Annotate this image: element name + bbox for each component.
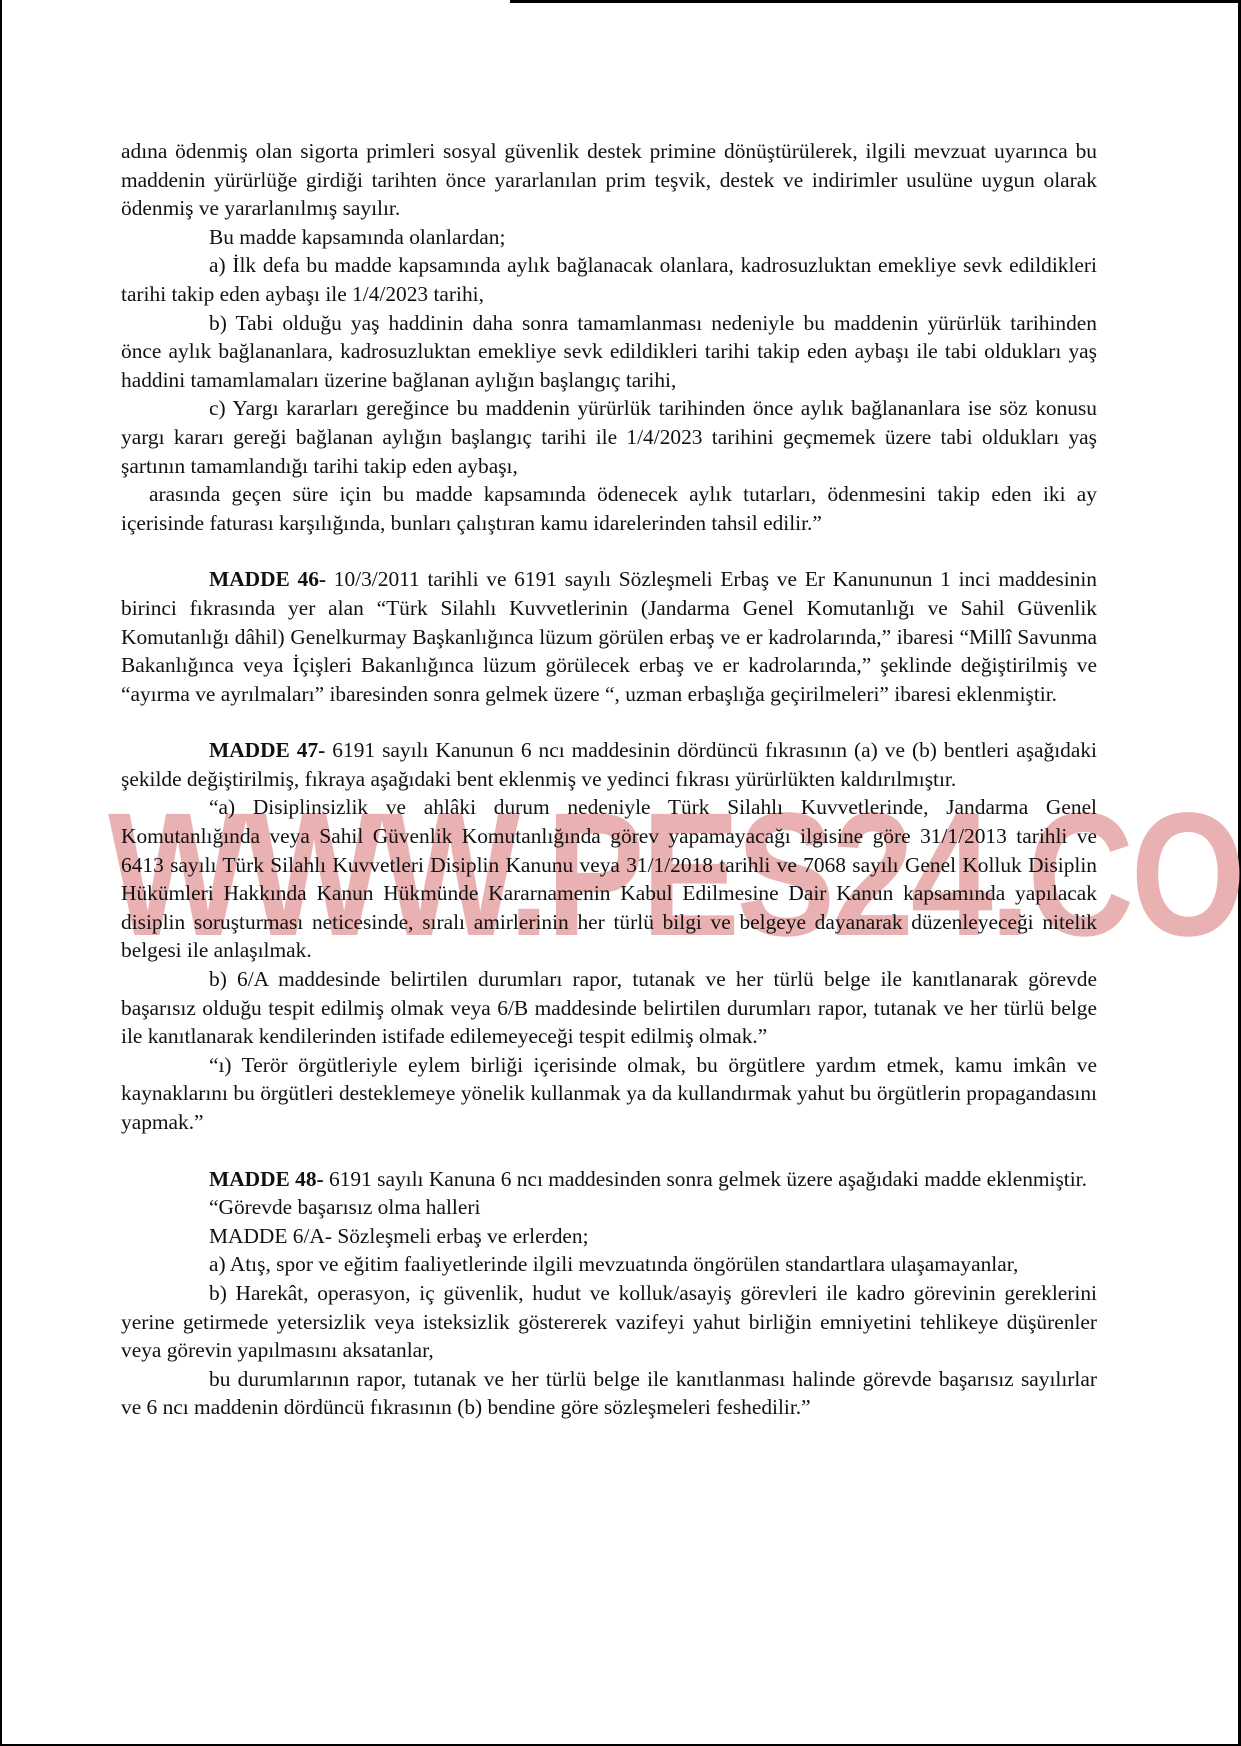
article-47-item-b: b) 6/A maddesinde belirtilen durumları r… [121, 965, 1097, 1051]
document-page: WWW.PES24.COM adına ödenmiş olan sigorta… [0, 0, 1241, 1746]
article-48: MADDE 48- 6191 sayılı Kanuna 6 ncı madde… [121, 1165, 1097, 1194]
paragraph-item-a: a) İlk defa bu madde kapsamında aylık ba… [121, 251, 1097, 308]
page-border-left [0, 0, 2, 1746]
article-47-item-a: “a) Disiplinsizlik ve ahlâki durum neden… [121, 793, 1097, 965]
page-border-top [510, 0, 1241, 3]
paragraph-item-c: c) Yargı kararları gereğince bu maddenin… [121, 394, 1097, 480]
article-48-heading: MADDE 48- [209, 1167, 324, 1191]
article-48-body: 6191 sayılı Kanuna 6 ncı maddesinden son… [324, 1167, 1087, 1191]
document-body: adına ödenmiş olan sigorta primleri sosy… [121, 137, 1097, 1422]
article-48-item-a: a) Atış, spor ve eğitim faaliyetlerinde … [121, 1250, 1097, 1279]
article-47: MADDE 47- 6191 sayılı Kanunun 6 ncı madd… [121, 736, 1097, 793]
article-46: MADDE 46- 10/3/2011 tarihli ve 6191 sayı… [121, 565, 1097, 708]
article-46-heading: MADDE 46- [209, 567, 326, 591]
paragraph-conclusion: arasında geçen süre için bu madde kapsam… [121, 480, 1097, 537]
article-48-title: “Görevde başarısız olma halleri [121, 1193, 1097, 1222]
paragraph-intro: Bu madde kapsamında olanlardan; [121, 223, 1097, 252]
article-47-item-i: “ı) Terör örgütleriyle eylem birliği içe… [121, 1051, 1097, 1137]
paragraph-item-b: b) Tabi olduğu yaş haddinin daha sonra t… [121, 309, 1097, 395]
article-48-item-b: b) Harekât, operasyon, iç güvenlik, hudu… [121, 1279, 1097, 1365]
article-47-heading: MADDE 47- [209, 738, 325, 762]
article-48-subheading: MADDE 6/A- Sözleşmeli erbaş ve erlerden; [121, 1222, 1097, 1251]
paragraph-continuation: adına ödenmiş olan sigorta primleri sosy… [121, 137, 1097, 223]
article-48-closing: bu durumlarının rapor, tutanak ve her tü… [121, 1365, 1097, 1422]
